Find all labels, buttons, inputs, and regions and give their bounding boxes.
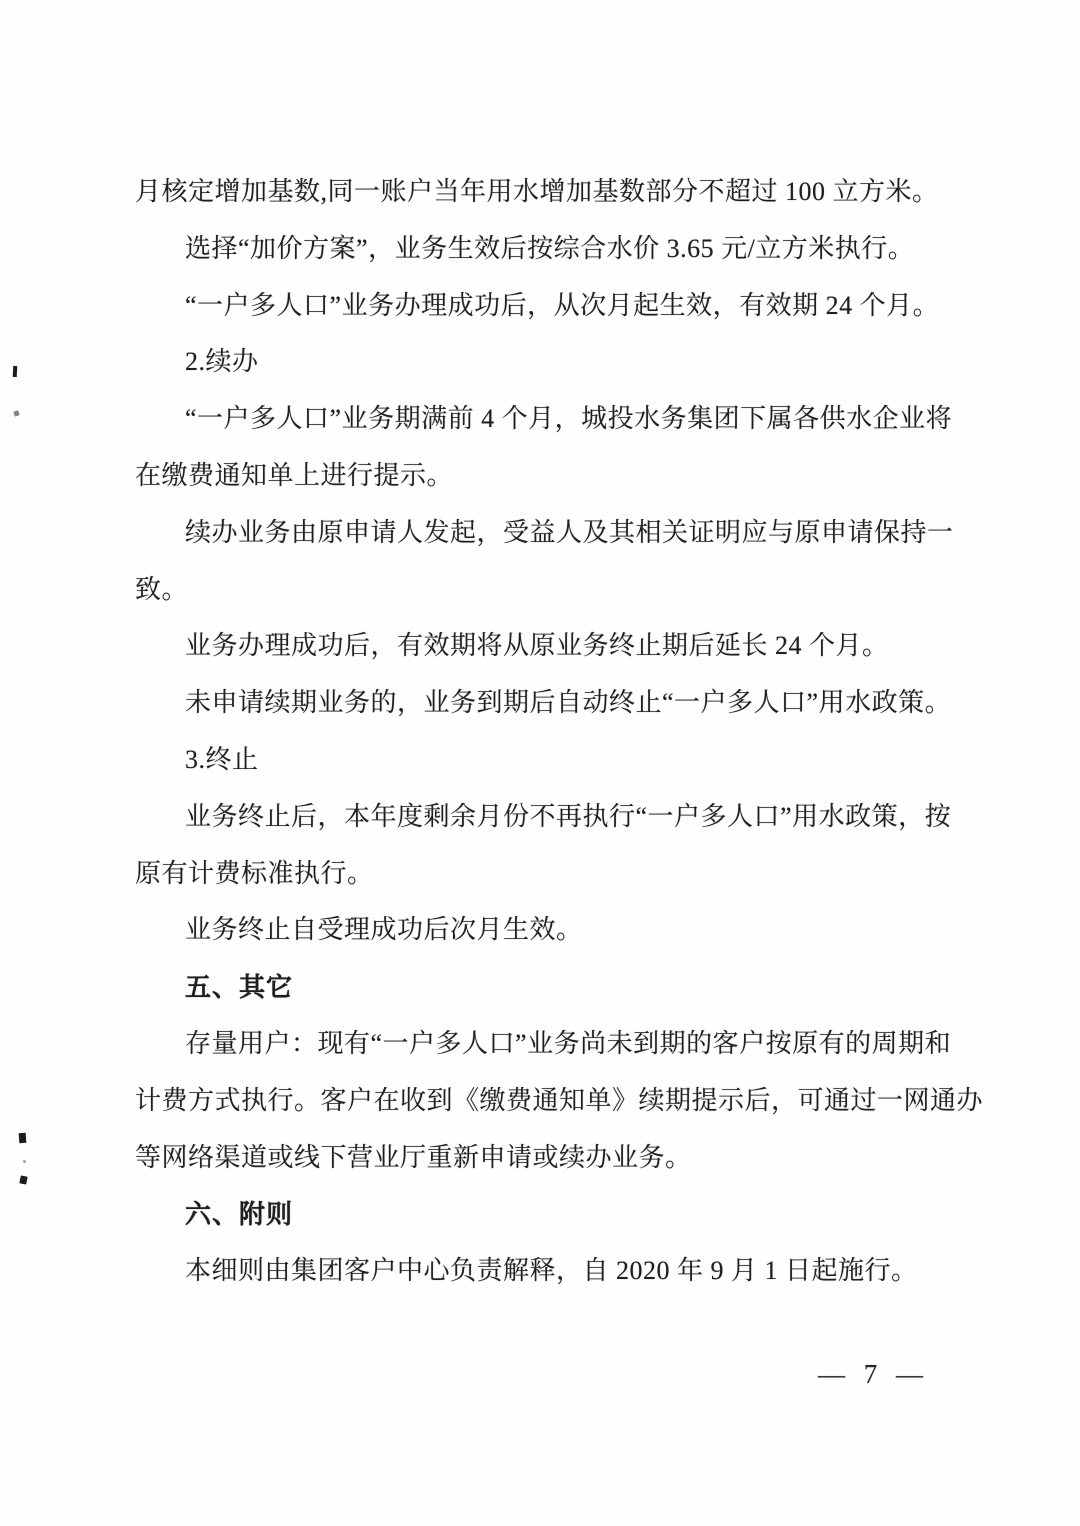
paragraph-line: 致。 — [135, 562, 953, 619]
paragraph-line: 月核定增加基数,同一账户当年用水增加基数部分不超过 100 立方米。 — [135, 164, 953, 221]
scan-artifact — [19, 1175, 28, 1184]
paragraph-line: 计费方式执行。客户在收到《缴费通知单》续期提示后，可通过一网通办 — [135, 1073, 953, 1130]
section-heading: 五、其它 — [135, 959, 953, 1016]
paragraph-line: 业务终止后，本年度剩余月份不再执行“一户多人口”用水政策，按 — [135, 789, 953, 846]
page-number: — 7 — — [818, 1356, 929, 1392]
paragraph-line: 在缴费通知单上进行提示。 — [135, 448, 953, 505]
paragraph-line: 等网络渠道或线下营业厅重新申请或续办业务。 — [135, 1130, 953, 1187]
paragraph-line: 本细则由集团客户中心负责解释，自 2020 年 9 月 1 日起施行。 — [135, 1243, 953, 1300]
paragraph-line: 业务终止自受理成功后次月生效。 — [135, 902, 953, 959]
section-heading: 六、附则 — [135, 1186, 953, 1243]
document-body: 月核定增加基数,同一账户当年用水增加基数部分不超过 100 立方米。 选择“加价… — [135, 164, 953, 1300]
list-item-label: 2.续办 — [135, 334, 953, 391]
scan-artifact — [23, 1160, 26, 1163]
paragraph-line: 存量用户：现有“一户多人口”业务尚未到期的客户按原有的周期和 — [135, 1016, 953, 1073]
paragraph-line: 选择“加价方案”，业务生效后按综合水价 3.65 元/立方米执行。 — [135, 221, 953, 278]
paragraph-line: 业务办理成功后，有效期将从原业务终止期后延长 24 个月。 — [135, 618, 953, 675]
list-item-label: 3.终止 — [135, 732, 953, 789]
scan-artifact — [19, 1133, 27, 1143]
scan-artifact — [13, 366, 18, 377]
paragraph-line: “一户多人口”业务期满前 4 个月，城投水务集团下属各供水企业将 — [135, 391, 953, 448]
paragraph-line: “一户多人口”业务办理成功后，从次月起生效，有效期 24 个月。 — [135, 278, 953, 335]
document-page: 月核定增加基数,同一账户当年用水增加基数部分不超过 100 立方米。 选择“加价… — [0, 0, 1080, 1526]
scan-artifact — [13, 410, 19, 416]
paragraph-line: 续办业务由原申请人发起，受益人及其相关证明应与原申请保持一 — [135, 505, 953, 562]
paragraph-line: 未申请续期业务的，业务到期后自动终止“一户多人口”用水政策。 — [135, 675, 953, 732]
paragraph-line: 原有计费标准执行。 — [135, 846, 953, 903]
